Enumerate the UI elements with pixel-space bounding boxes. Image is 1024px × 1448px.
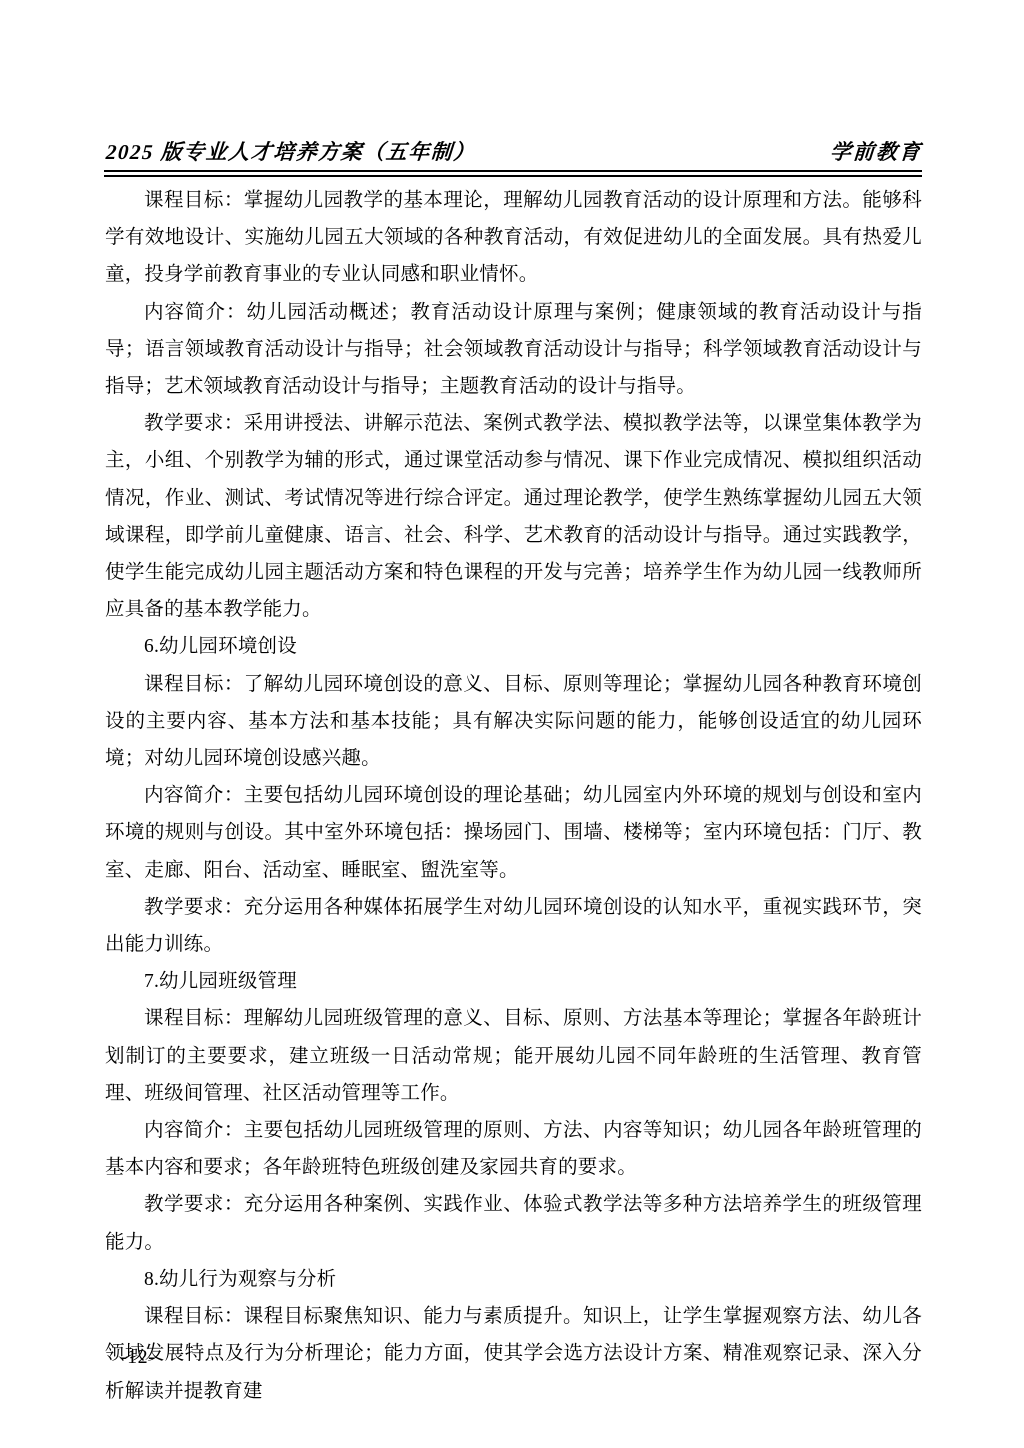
paragraph-content-intro-6: 内容简介：主要包括幼儿园环境创设的理论基础；幼儿园室内外环境的规划与创设和室内环… bbox=[105, 777, 922, 889]
section-heading-8: 8.幼儿行为观察与分析 bbox=[105, 1261, 922, 1298]
document-body: 课程目标：掌握幼儿园教学的基本理论，理解幼儿园教育活动的设计原理和方法。能够科学… bbox=[105, 182, 922, 1410]
section-heading-6: 6.幼儿园环境创设 bbox=[105, 628, 922, 665]
paragraph-teaching-req-5: 教学要求：采用讲授法、讲解示范法、案例式教学法、模拟教学法等，以课堂集体教学为主… bbox=[105, 405, 922, 628]
paragraph-content-intro-7: 内容简介：主要包括幼儿园班级管理的原则、方法、内容等知识；幼儿园各年龄班管理的基… bbox=[105, 1112, 922, 1186]
page-number: -12- bbox=[120, 1346, 155, 1369]
paragraph-content-intro-5: 内容简介：幼儿园活动概述；教育活动设计原理与案例；健康领域的教育活动设计与指导；… bbox=[105, 294, 922, 406]
paragraph-course-goal-8: 课程目标：课程目标聚焦知识、能力与素质提升。知识上，让学生掌握观察方法、幼儿各领… bbox=[105, 1298, 922, 1410]
paragraph-teaching-req-6: 教学要求：充分运用各种媒体拓展学生对幼儿园环境创设的认知水平，重视实践环节，突出… bbox=[105, 889, 922, 963]
paragraph-course-goal-6: 课程目标：了解幼儿园环境创设的意义、目标、原则等理论；掌握幼儿园各种教育环境创设… bbox=[105, 666, 922, 778]
paragraph-teaching-req-7: 教学要求：充分运用各种案例、实践作业、体验式教学法等多种方法培养学生的班级管理能… bbox=[105, 1186, 922, 1260]
paragraph-course-goal-5: 课程目标：掌握幼儿园教学的基本理论，理解幼儿园教育活动的设计原理和方法。能够科学… bbox=[105, 182, 922, 294]
paragraph-course-goal-7: 课程目标：理解幼儿园班级管理的意义、目标、原则、方法基本等理论；掌握各年龄班计划… bbox=[105, 1000, 922, 1112]
section-heading-7: 7.幼儿园班级管理 bbox=[105, 963, 922, 1000]
header-right-title: 学前教育 bbox=[829, 136, 923, 166]
header-divider-rule bbox=[104, 170, 922, 177]
document-page: 2025 版专业人才培养方案（五年制） 学前教育 课程目标：掌握幼儿园教学的基本… bbox=[0, 0, 1024, 1448]
page-header: 2025 版专业人才培养方案（五年制） 学前教育 bbox=[105, 136, 921, 166]
header-left-title: 2025 版专业人才培养方案（五年制） bbox=[105, 136, 477, 166]
